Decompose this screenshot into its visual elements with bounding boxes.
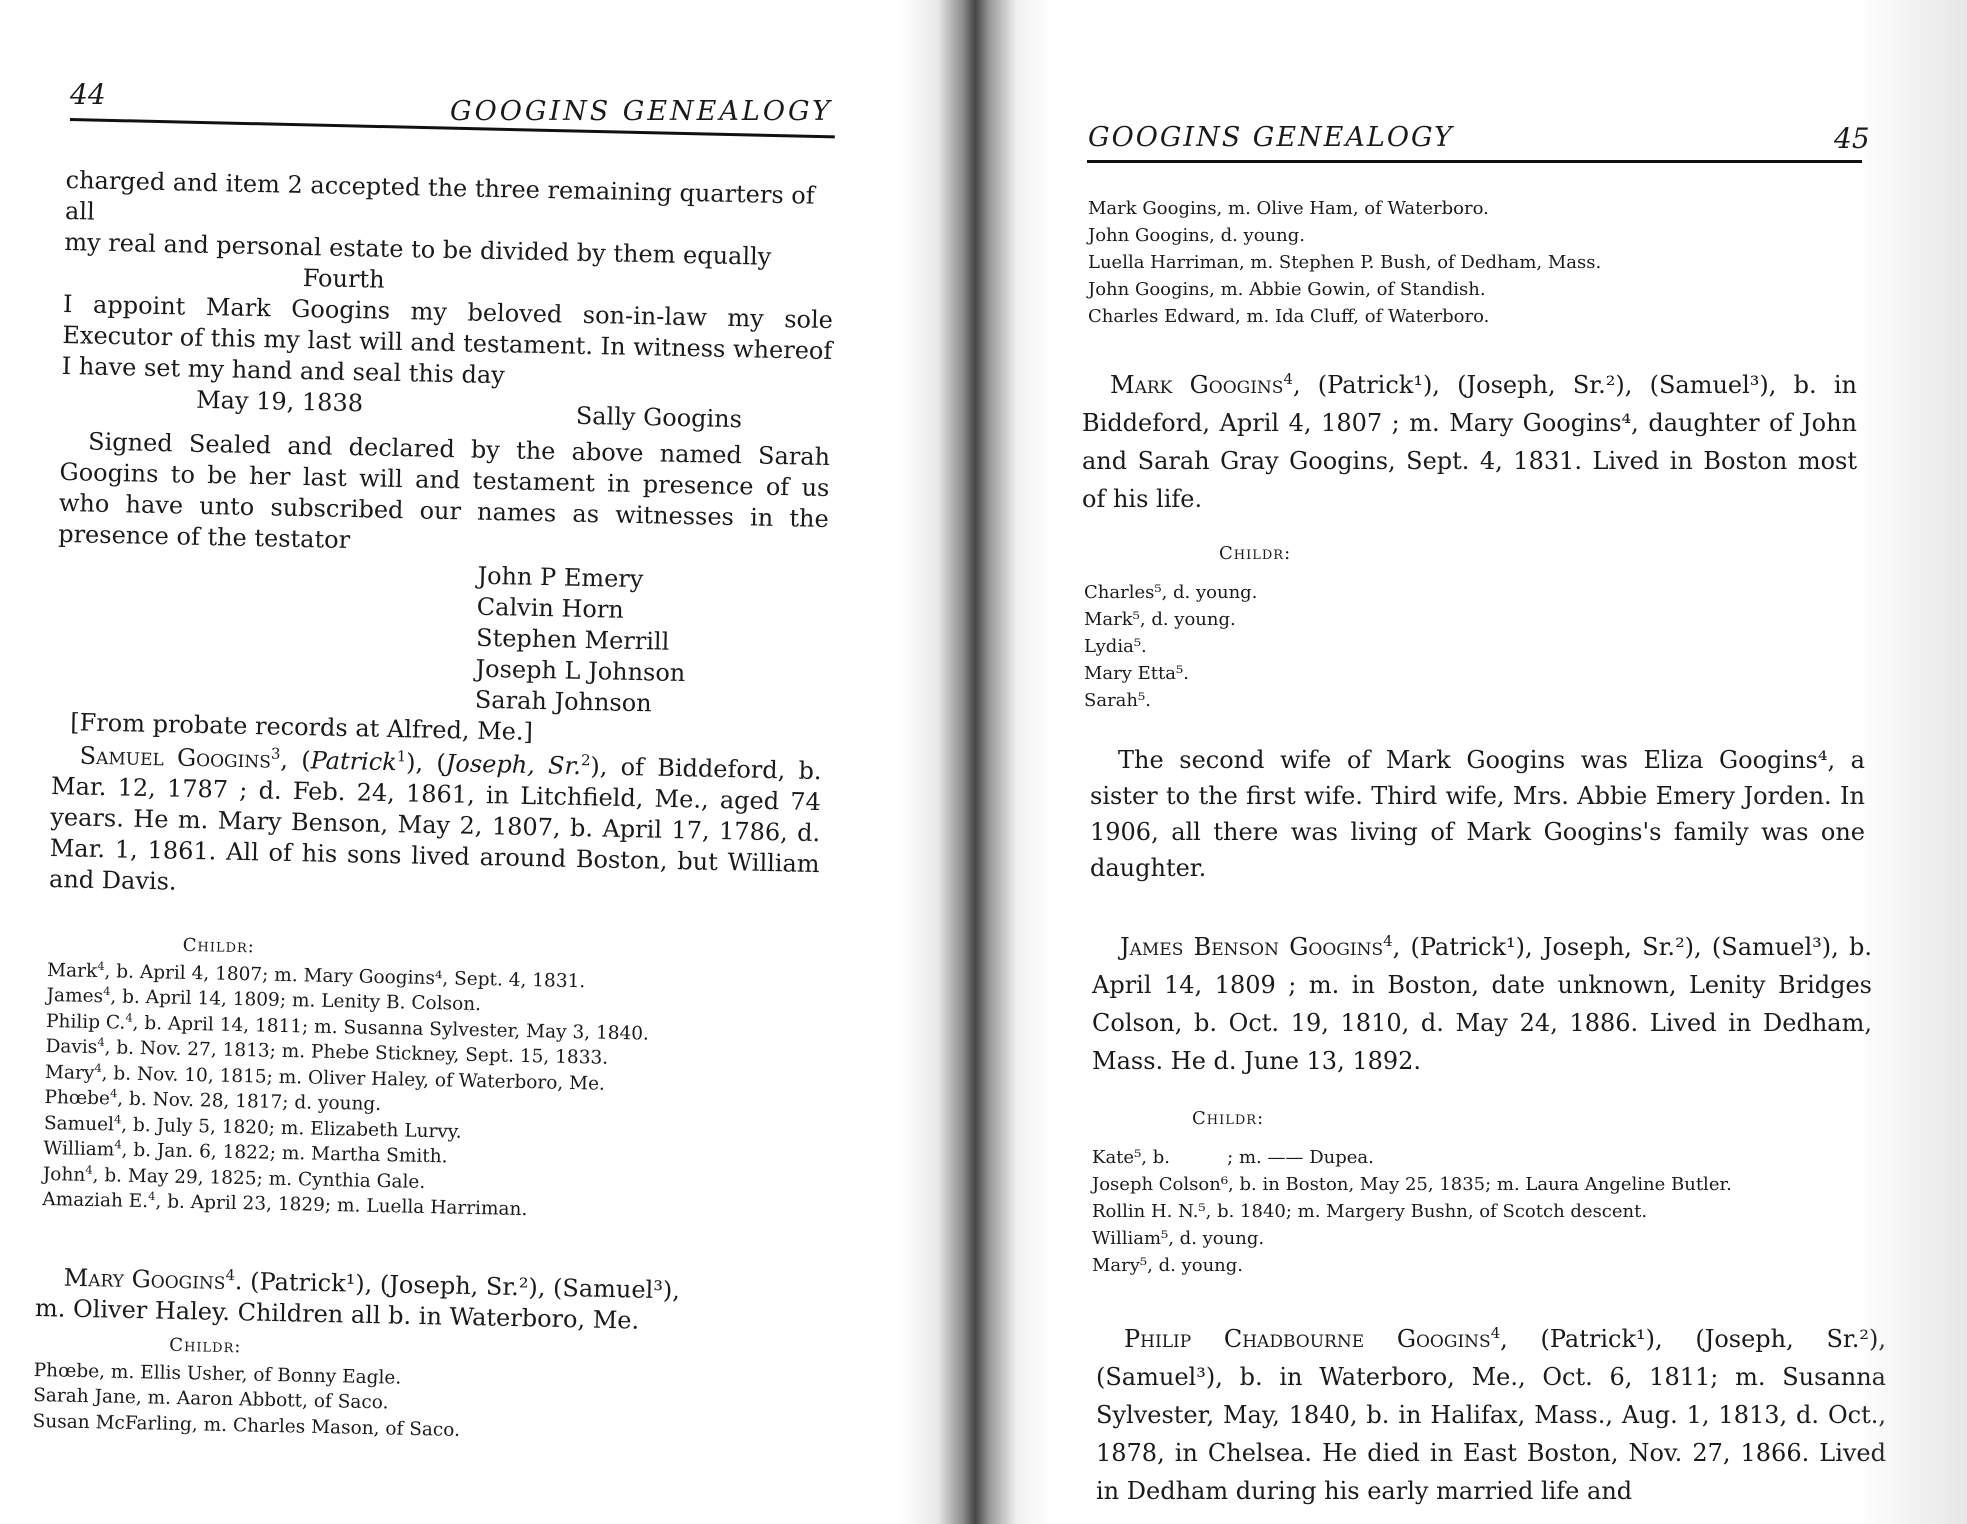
child-row: Charles⁵, d. young. — [1084, 579, 1784, 606]
child-row: Mary⁵, d. young. — [1092, 1252, 1892, 1279]
mary-entry: Mary Googins4. (Patrick¹), (Joseph, Sr.²… — [32, 1262, 825, 1451]
entry-name: James Benson Googins — [1120, 933, 1383, 961]
page-edge-shade — [1857, 0, 1967, 1524]
child-row: Lydia⁵. — [1084, 633, 1784, 660]
left-page: 44 GOOGINS GENEALOGY charged and item 2 … — [0, 0, 930, 1524]
child-row: Charles Edward, m. Ida Cluff, of Waterbo… — [1088, 303, 1788, 330]
entry-name: Mary Googins — [63, 1264, 225, 1295]
page-number: 44 — [70, 78, 106, 111]
will-date: May 19, 1838 — [196, 385, 364, 419]
will-text: charged and item 2 accepted the three re… — [54, 165, 836, 754]
attestation: Signed Sealed and declared by the above … — [58, 426, 830, 566]
child-row: John Googins, d. young. — [1088, 222, 1788, 249]
james-entry: James Benson Googins4, (Patrick¹), Josep… — [1092, 928, 1872, 1080]
child-row: Mark⁵, d. young. — [1084, 606, 1784, 633]
child-row: William⁵, d. young. — [1092, 1225, 1892, 1252]
child-row: Mary Etta⁵. — [1084, 660, 1784, 687]
right-page: GOOGINS GENEALOGY 45 Mark Googins, m. Ol… — [1000, 0, 1967, 1524]
running-head: GOOGINS GENEALOGY — [1088, 122, 1454, 153]
child-row: Luella Harriman, m. Stephen P. Bush, of … — [1088, 249, 1788, 276]
continued-children: Mark Googins, m. Olive Ham, of Waterboro… — [1088, 195, 1788, 330]
mark-entry: Mark Googins4, (Patrick¹), (Joseph, Sr.²… — [1082, 366, 1857, 518]
child-row: Sarah⁵. — [1084, 687, 1784, 714]
child-row: Kate⁵, b. ; m. —— Dupea. — [1092, 1144, 1892, 1171]
children-label: Childr: — [1219, 540, 1784, 567]
child-row: Mark Googins, m. Olive Ham, of Waterboro… — [1088, 195, 1788, 222]
child-row: Joseph Colson⁶, b. in Boston, May 25, 18… — [1092, 1171, 1892, 1198]
mark-children: Childr: Charles⁵, d. young. Mark⁵, d. yo… — [1084, 540, 1784, 714]
mark-note: The second wife of Mark Googins was Eliz… — [1090, 742, 1865, 886]
book-spread: 44 GOOGINS GENEALOGY charged and item 2 … — [0, 0, 1967, 1524]
entry-name: Mark Googins — [1110, 371, 1283, 399]
samuel-children: Childr: Mark4, b. April 4, 1807; m. Mary… — [42, 930, 748, 1227]
samuel-entry: Samuel Googins3, (Patrick1), (Joseph, Sr… — [49, 740, 822, 911]
philip-entry: Philip Chadbourne Googins4, (Patrick¹), … — [1096, 1320, 1886, 1510]
will-paragraph: I appoint Mark Googins my beloved son-in… — [61, 289, 833, 398]
running-head: GOOGINS GENEALOGY — [450, 96, 833, 127]
entry-name: Samuel Googins — [79, 742, 271, 774]
entry-name: Philip Chadbourne Googins — [1124, 1325, 1491, 1353]
child-row: John Googins, m. Abbie Gowin, of Standis… — [1088, 276, 1788, 303]
signature: Sally Googins — [576, 401, 743, 435]
header-rule — [1087, 160, 1862, 163]
child-row: Rollin H. N.⁵, b. 1840; m. Margery Bushn… — [1092, 1198, 1892, 1225]
witness-list: John P Emery Calvin Horn Stephen Merrill… — [475, 561, 828, 723]
james-children: Childr: Kate⁵, b. ; m. —— Dupea. Joseph … — [1092, 1105, 1892, 1279]
children-label: Childr: — [1192, 1105, 1892, 1132]
